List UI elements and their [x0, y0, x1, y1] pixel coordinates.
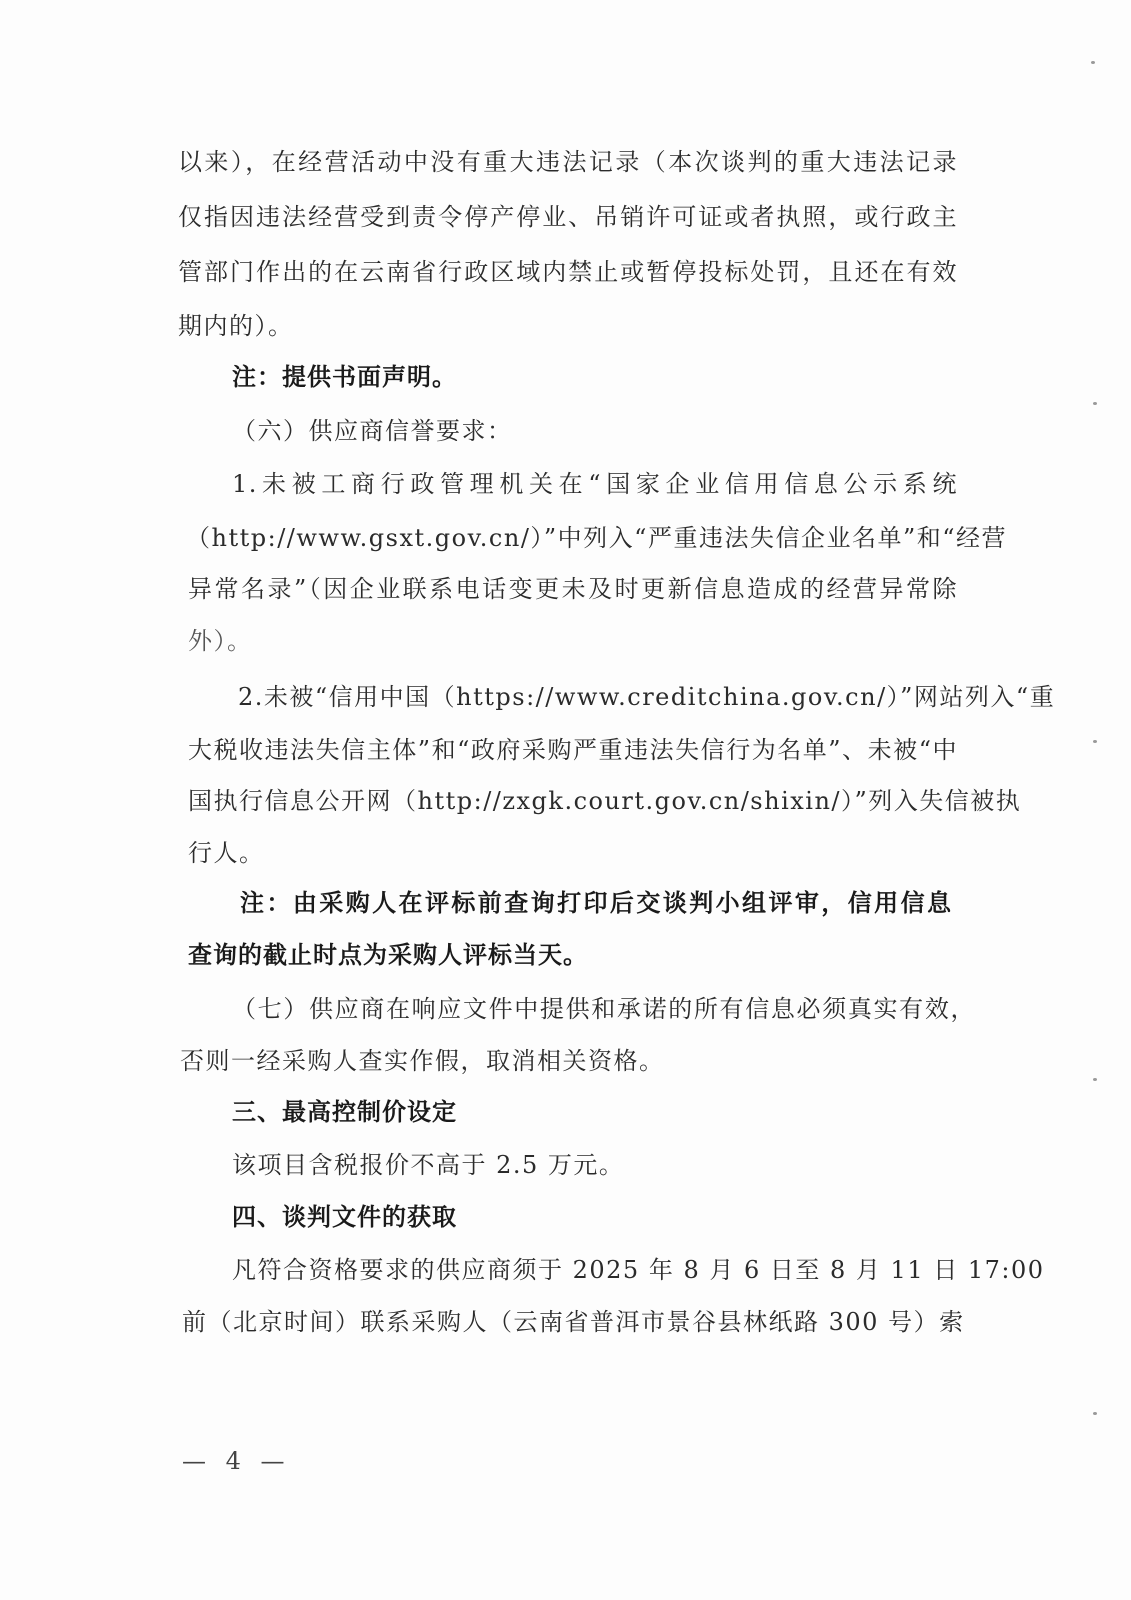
note-credit-check: 查询的截止时点为采购人评标当天。: [188, 940, 968, 970]
paragraph-line: 大税收违法失信主体”和“政府采购严重违法失信行为名单”、未被“中: [188, 735, 958, 765]
paragraph-line: 否则一经采购人查实作假，取消相关资格。: [180, 1046, 960, 1076]
paragraph-line: 以来），在经营活动中没有重大违法记录（本次谈判的重大违法记录: [178, 147, 958, 177]
note-declaration: 注：提供书面声明。: [232, 362, 958, 392]
section-heading-max-price: 三、最高控制价设定: [232, 1097, 958, 1127]
paragraph-line: 外）。: [188, 626, 968, 656]
paragraph-line: 期内的）。: [178, 311, 958, 341]
paragraph-line: 国执行信息公开网（http://zxgk.court.gov.cn/shixin…: [188, 786, 958, 816]
scan-mark: [1093, 1412, 1097, 1415]
paragraph-line: （http://www.gsxt.gov.cn/）”中列入“严重违法失信企业名单…: [186, 523, 958, 553]
paragraph-line: 异常名录”（因企业联系电话变更未及时更新信息造成的经营异常除: [188, 574, 958, 604]
paragraph-line: 凡符合资格要求的供应商须于 2025 年 8 月 6 日至 8 月 11 日 1…: [232, 1255, 954, 1285]
document-page: 以来），在经营活动中没有重大违法记录（本次谈判的重大违法记录 仅指因违法经营受到…: [0, 0, 1131, 1600]
scan-mark: [1093, 1078, 1097, 1081]
section-heading-supplier-credit: （六）供应商信誉要求：: [232, 416, 958, 446]
page-number: — 4 —: [182, 1447, 291, 1475]
paragraph-line: 2.未被“信用中国（https://www.creditchina.gov.cn…: [238, 682, 958, 712]
scan-mark: [1091, 61, 1095, 64]
paragraph-line: 仅指因违法经营受到责令停产停业、吊销许可证或者执照，或行政主: [178, 202, 958, 232]
paragraph-line: 1.未被工商行政管理机关在“国家企业信用信息公示系统: [232, 469, 958, 499]
paragraph-line: 管部门作出的在云南省行政区域内禁止或暂停投标处罚，且还在有效: [178, 257, 958, 287]
note-credit-check: 注：由采购人在评标前查询打印后交谈判小组评审，信用信息: [240, 888, 952, 918]
scan-mark: [1093, 740, 1097, 743]
paragraph-line: 前（北京时间）联系采购人（云南省普洱市景谷县林纸路 300 号）索: [182, 1307, 954, 1337]
section-heading-document-acquisition: 四、谈判文件的获取: [232, 1202, 958, 1232]
paragraph-line: 行人。: [188, 838, 968, 868]
paragraph-line: （七）供应商在响应文件中提供和承诺的所有信息必须真实有效，: [232, 994, 976, 1024]
paragraph-line: 该项目含税报价不高于 2.5 万元。: [232, 1150, 958, 1180]
scan-mark: [1093, 402, 1097, 405]
